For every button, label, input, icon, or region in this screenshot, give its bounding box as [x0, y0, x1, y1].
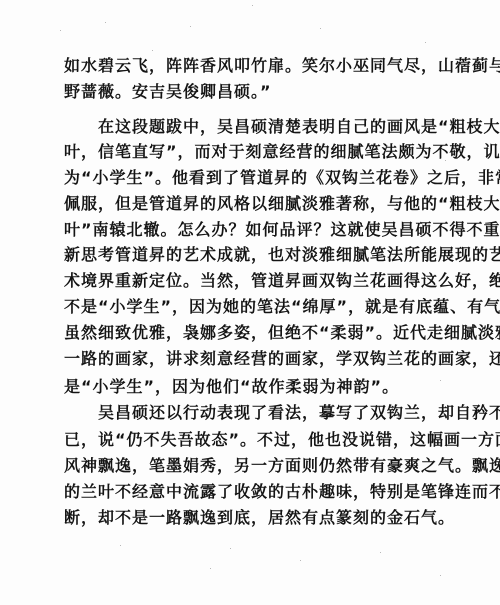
text-line: 如水碧云飞，阵阵香风叩竹扉。笑尔小巫同气尽，山蓿蓟与 — [64, 56, 500, 76]
text-line: 叶”南辕北辙。怎么办？如何品评？这就使吴昌硕不得不重 — [64, 220, 500, 240]
scan-speckle — [120, 545, 121, 546]
scan-speckle — [380, 552, 381, 553]
scan-speckle — [190, 26, 191, 27]
text-line: 术境界重新定位。当然，管道昇画双钩兰花画得这么好，绝 — [64, 271, 500, 291]
text-line: 叶，信笔直写”，而对于刻意经营的细腻笔法颇为不敬，讥之 — [64, 142, 500, 162]
scan-speckle — [425, 42, 426, 43]
text-line: 是“小学生”，因为他们“故作柔弱为神韵”。 — [64, 377, 399, 397]
text-line: 虽然细致优雅，袅娜多姿，但绝不“柔弱”。近代走细腻淡雅 — [64, 323, 500, 343]
text-line: 的兰叶不经意中流露了收敛的古朴趣味，特别是笔锋连而不 — [64, 482, 500, 502]
text-line: 佩服，但是管道昇的风格以细腻淡雅著称，与他的“粗枝大 — [64, 194, 500, 214]
scanned-page: 如水碧云飞，阵阵香风叩竹扉。笑尔小巫同气尽，山蓿蓟与 野蔷薇。安吉吴俊卿昌硕。”… — [0, 0, 500, 605]
scan-speckle — [60, 30, 61, 31]
scan-speckle — [105, 22, 106, 23]
scan-speckle — [440, 380, 441, 381]
scan-speckle — [252, 5, 253, 6]
text-line: 吴昌硕还以行动表现了看法，摹写了双钩兰，却自矜不 — [98, 403, 500, 423]
text-line: 已，说“仍不失吾故态”。不过，他也没说错，这幅画一方面 — [64, 430, 500, 450]
scan-speckle — [230, 548, 231, 549]
text-line: 风神飘逸，笔墨娟秀，另一方面则仍然带有豪爽之气。飘逸 — [64, 456, 500, 476]
text-line: 为“小学生”。他看到了管道昇的《双钩兰花卷》之后，非常 — [64, 168, 500, 188]
text-line: 野蔷薇。安吉吴俊卿昌硕。” — [64, 82, 272, 102]
text-line: 新思考管道昇的艺术成就，也对淡雅细腻笔法所能展现的艺 — [64, 245, 500, 265]
text-line: 不是“小学生”，因为她的笔法“绵厚”，就是有底蕴、有气势， — [64, 297, 500, 317]
scan-speckle — [152, 50, 153, 51]
text-line: 在这段题跋中，吴昌硕清楚表明自己的画风是“粗枝大 — [98, 117, 500, 137]
scan-speckle — [300, 560, 301, 561]
scan-speckle — [210, 568, 211, 569]
scan-speckle — [320, 28, 321, 29]
scan-speckle — [440, 575, 441, 576]
text-line: 断，却不是一路飘逸到底，居然有点篆刻的金石气。 — [64, 508, 455, 528]
text-line: 一路的画家，讲求刻意经营的画家，学双钩兰花的画家，还 — [64, 349, 500, 369]
